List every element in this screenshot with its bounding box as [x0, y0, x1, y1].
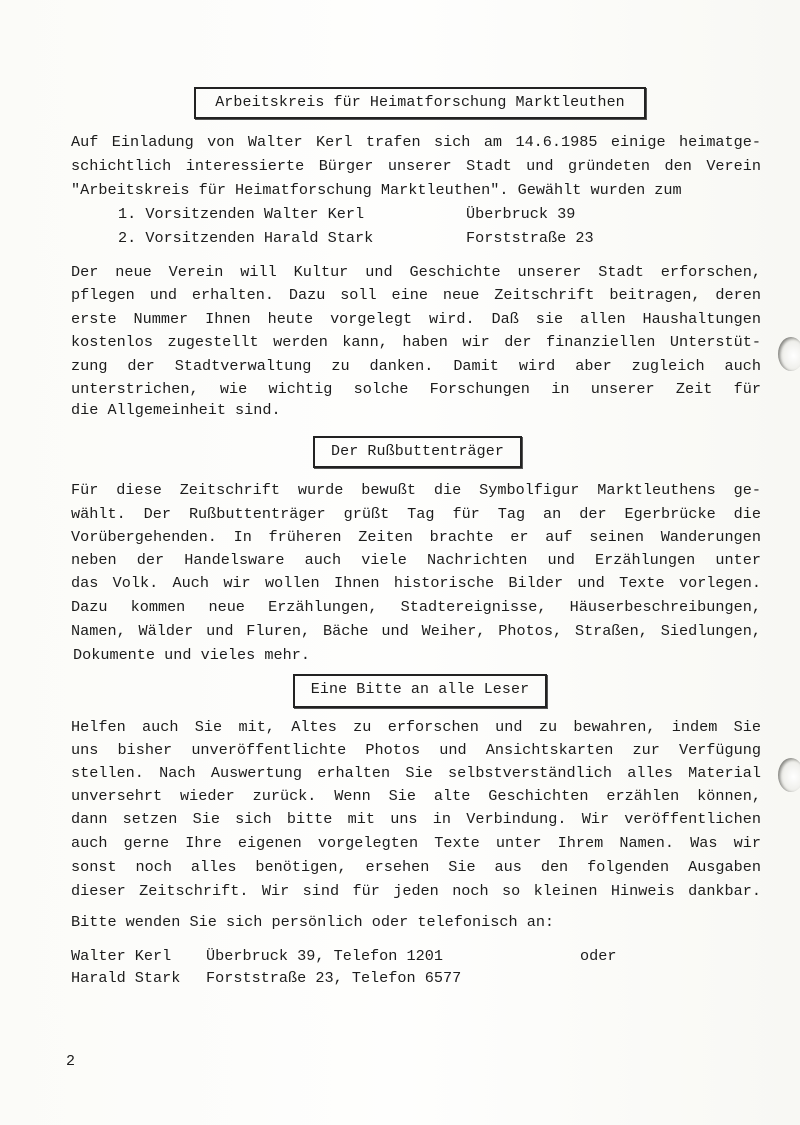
officer-role: 1. Vorsitzenden Walter Kerl	[118, 204, 364, 224]
text-line: schichtlich interessierte Bürger unserer…	[71, 156, 761, 176]
text-line: uns bisher unveröffentlichte Photos und …	[71, 740, 761, 760]
text-line: sonst noch alles benötigen, ersehen Sie …	[71, 857, 761, 877]
contact-intro: Bitte wenden Sie sich persönlich oder te…	[71, 912, 554, 932]
text-line: zung der Stadtverwaltung zu danken. Dami…	[71, 356, 761, 376]
punch-hole-icon	[778, 758, 800, 792]
text-line: Dazu kommen neue Erzählungen, Stadtereig…	[71, 597, 761, 617]
text-line: unterstrichen, wie wichtig solche Forsch…	[71, 379, 761, 399]
contact-suffix: oder	[580, 946, 616, 966]
text-line: kostenlos zugestellt werden kann, haben …	[71, 332, 761, 352]
text-line: Helfen auch Sie mit, Altes zu erforschen…	[71, 717, 761, 737]
text-line: dieser Zeitschrift. Wir sind für jeden n…	[71, 881, 761, 901]
text-line: Auf Einladung von Walter Kerl trafen sic…	[71, 132, 761, 152]
text-line: unversehrt wieder zurück. Wenn Sie alte …	[71, 786, 761, 806]
text-line: auch gerne Ihre eigenen vorgelegten Text…	[71, 833, 761, 853]
document-page: Arbeitskreis für Heimatforschung Marktle…	[0, 0, 800, 1125]
officer-address: Überbruck 39	[466, 204, 575, 224]
text-line: dann setzen Sie sich bitte mit uns in Ve…	[71, 809, 761, 829]
text-line: Dokumente und vieles mehr.	[73, 645, 763, 665]
text-line: neben der Handelsware auch viele Nachric…	[71, 550, 761, 570]
text-line: die Allgemeinheit sind.	[71, 400, 761, 420]
text-line: erste Nummer Ihnen heute vorgelegt wird.…	[71, 309, 761, 329]
text-line: Vorübergehenden. In früheren Zeiten brac…	[71, 527, 761, 547]
contact-details: Überbruck 39, Telefon 1201	[206, 946, 443, 966]
text-line: stellen. Nach Auswertung erhalten Sie se…	[71, 763, 761, 783]
text-line: Namen, Wälder und Fluren, Bäche und Weih…	[71, 621, 761, 641]
text-line: Der neue Verein will Kultur und Geschich…	[71, 262, 761, 282]
contact-name: Harald Stark	[71, 968, 180, 988]
punch-hole-icon	[778, 337, 800, 371]
text-line: wählt. Der Rußbuttenträger grüßt Tag für…	[71, 504, 761, 524]
text-line: das Volk. Auch wir wollen Ihnen historis…	[71, 573, 761, 593]
officer-role: 2. Vorsitzenden Harald Stark	[118, 228, 373, 248]
contact-details: Forststraße 23, Telefon 6577	[206, 968, 461, 988]
contact-name: Walter Kerl	[71, 946, 171, 966]
section-heading-request: Eine Bitte an alle Leser	[293, 674, 547, 708]
text-line: pflegen und erhalten. Dazu soll eine neu…	[71, 285, 761, 305]
section-heading-arbeitskreis: Arbeitskreis für Heimatforschung Marktle…	[194, 87, 646, 119]
officer-address: Forststraße 23	[466, 228, 594, 248]
text-line: "Arbeitskreis für Heimatforschung Marktl…	[71, 180, 761, 200]
section-heading-russbuttentraeger: Der Rußbuttenträger	[313, 436, 522, 468]
text-line: Für diese Zeitschrift wurde bewußt die S…	[71, 480, 761, 500]
page-number: 2	[66, 1052, 75, 1072]
